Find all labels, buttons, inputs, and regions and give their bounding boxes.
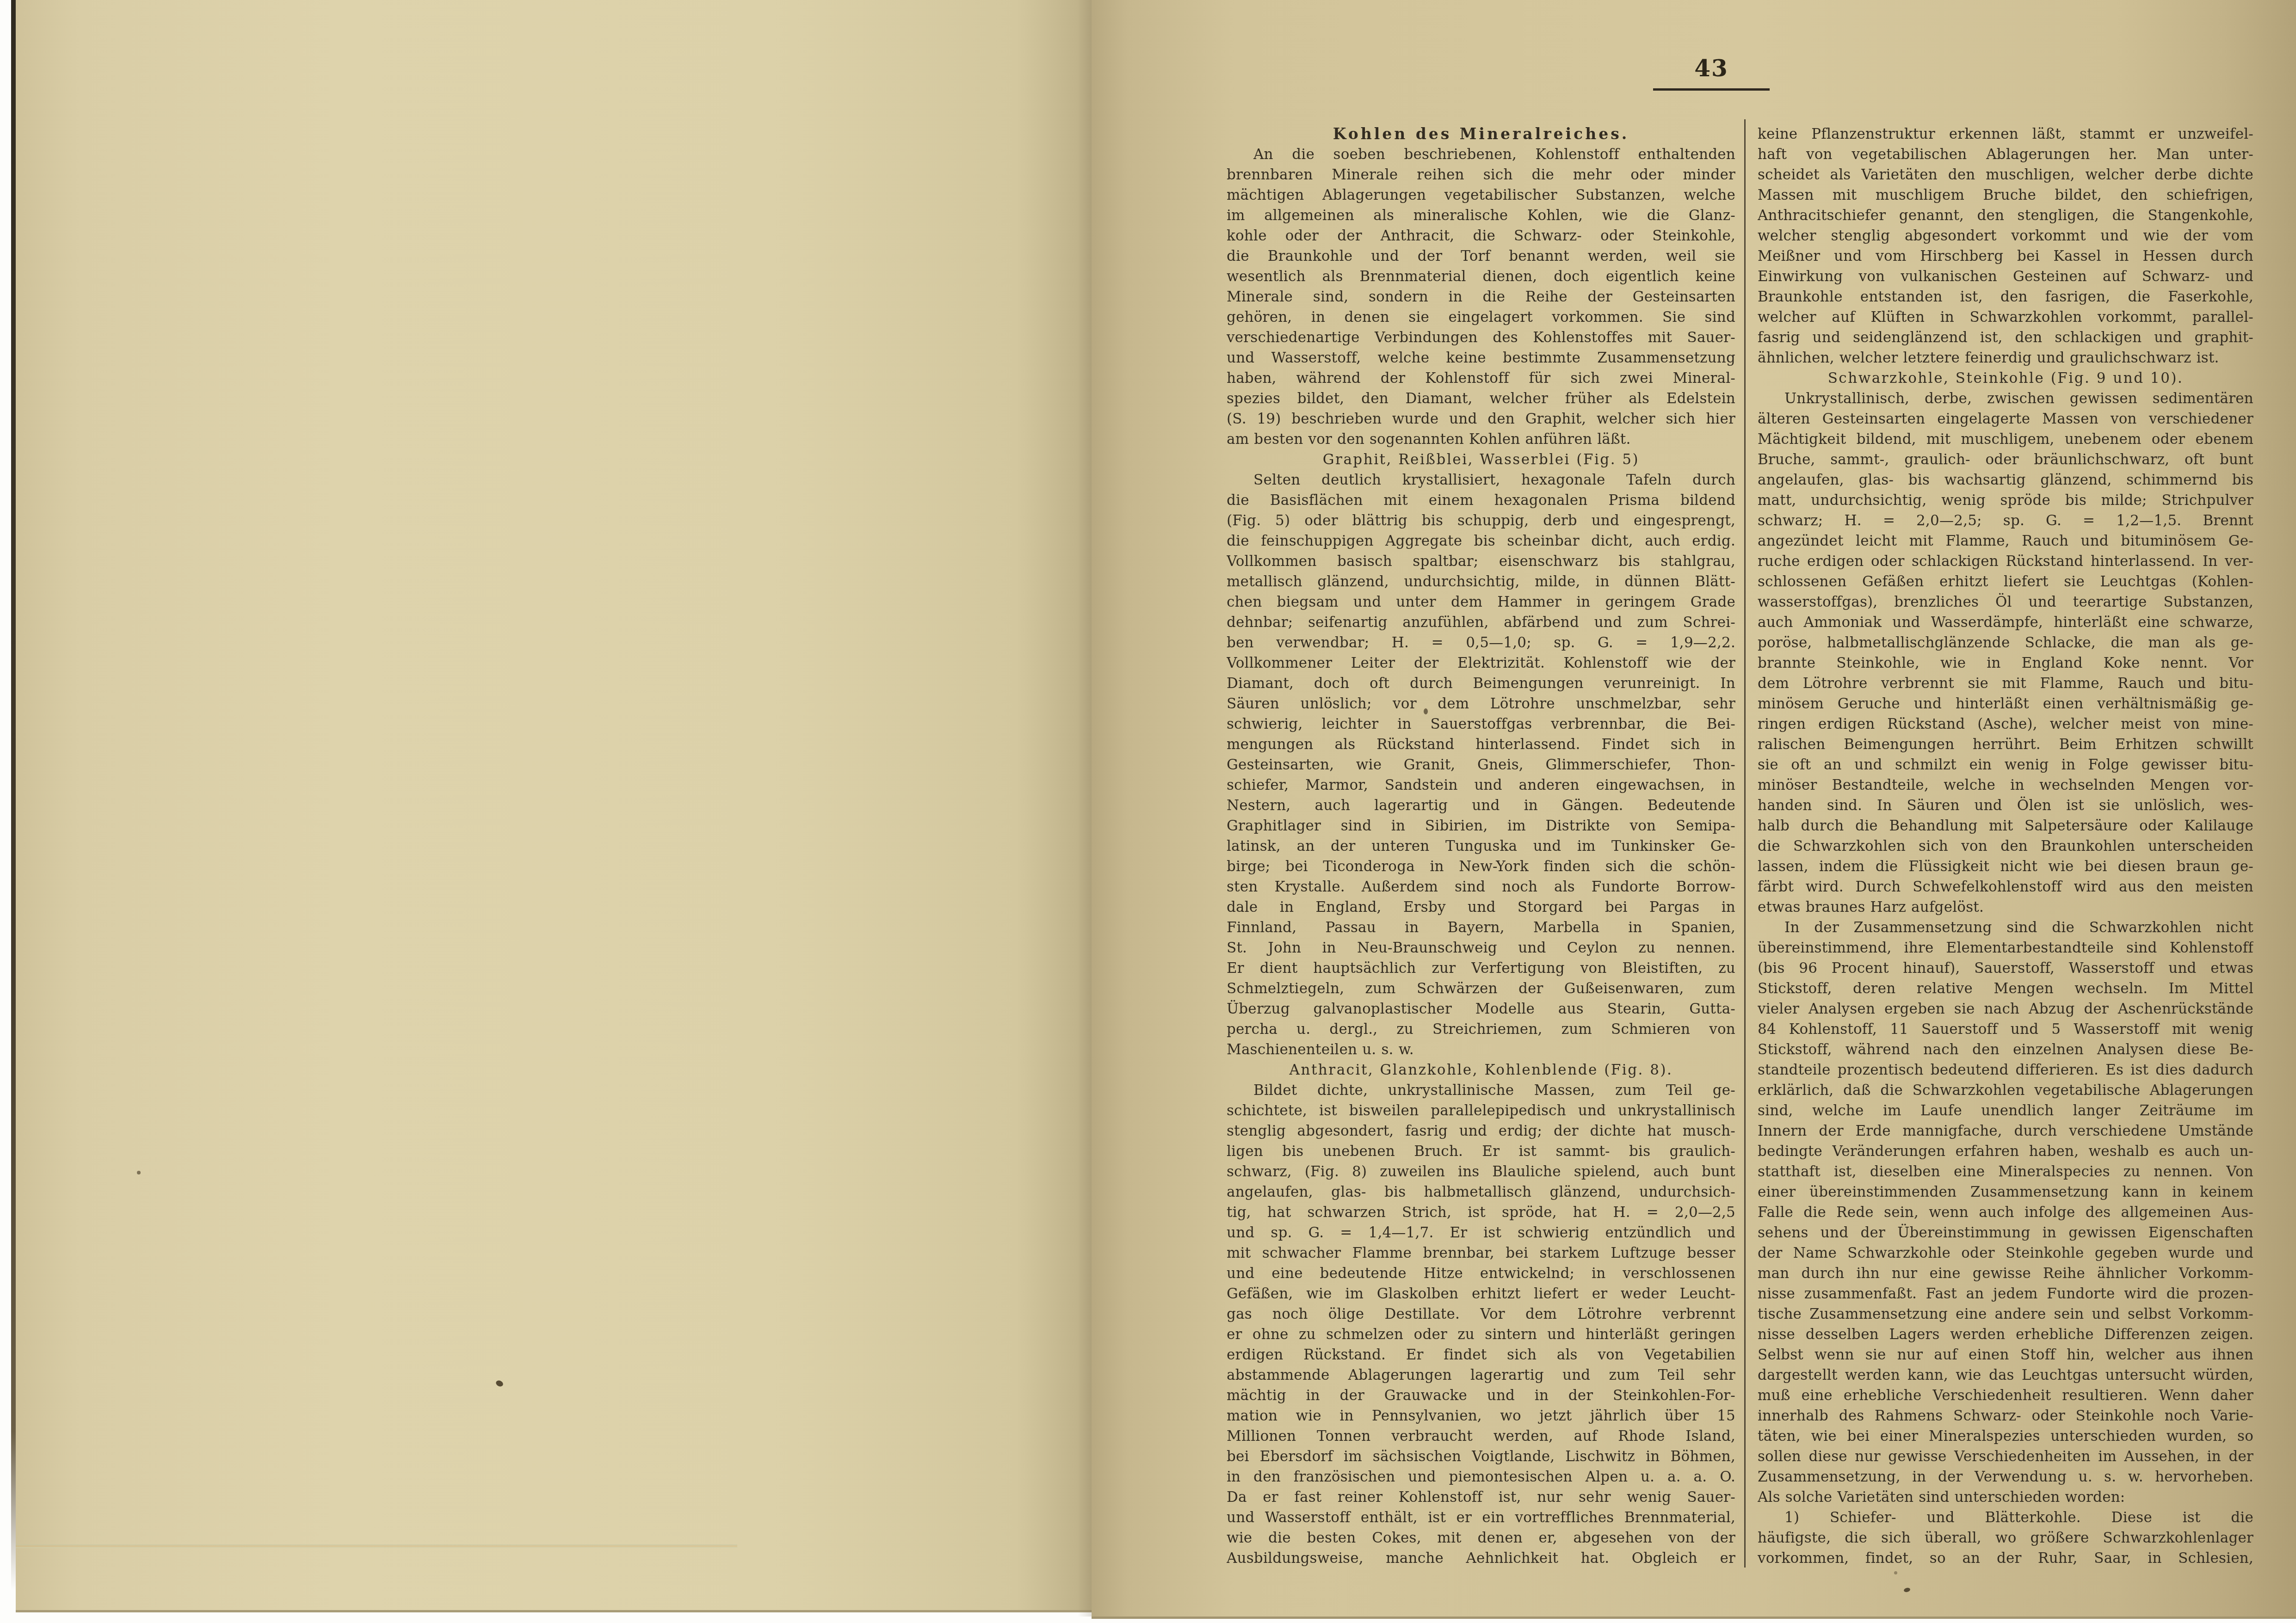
text-line: und Wasserstoff enthält, ist er ein vort… xyxy=(1227,1507,1735,1528)
section-heading: Schwarzkohle, Steinkohle (Fig. 9 und 10)… xyxy=(1758,368,2253,388)
text-line: die Braunkohle und der Torf benannt werd… xyxy=(1227,246,1735,266)
text-line: schwarz, (Fig. 8) zuweilen ins Blauliche… xyxy=(1227,1162,1735,1182)
text-line: tische Zusammensetzung eine andere sein … xyxy=(1758,1304,2253,1324)
text-line: nisse zusammenfaßt. Fast an jedem Fundor… xyxy=(1758,1284,2253,1304)
paper-speck xyxy=(1894,1571,1897,1574)
text-line: einer übereinstimmenden Zusammensetzung … xyxy=(1758,1182,2253,1202)
text-line: Bildet dichte, unkrystallinische Massen,… xyxy=(1227,1080,1735,1100)
text-line: welcher auf Klüften in Schwarzkohlen vor… xyxy=(1758,307,2253,327)
text-line: spezies bildet, den Diamant, welcher frü… xyxy=(1227,388,1735,409)
text-line: schlossenen Gefäßen erhitzt liefert sie … xyxy=(1758,572,2253,592)
text-line: sten Krystalle. Außerdem sind noch als F… xyxy=(1227,877,1735,897)
text-line: häufigste, die sich überall, wo größere … xyxy=(1758,1528,2253,1548)
text-line: brennbaren Minerale reihen sich die mehr… xyxy=(1227,165,1735,185)
text-line: schichtete, ist bisweilen parallelepiped… xyxy=(1227,1100,1735,1121)
text-line: und Wasserstoff, welche keine bestimmte … xyxy=(1227,348,1735,368)
text-line: Vollkommen basisch spaltbar; eisenschwar… xyxy=(1227,551,1735,572)
text-line: (S. 19) beschrieben wurde und den Graphi… xyxy=(1227,409,1735,429)
text-line: sehens und der Übereinstimmung in gewiss… xyxy=(1758,1223,2253,1243)
text-line: die Basisflächen mit einem hexagonalen P… xyxy=(1227,490,1735,510)
page-header: 43 xyxy=(1637,55,1785,91)
section-heading: Kohlen des Mineralreiches. xyxy=(1227,124,1735,144)
text-line: erklärlich, daß die Schwarzkohlen vegeta… xyxy=(1758,1080,2253,1100)
text-line: Er dient hauptsächlich zur Verfertigung … xyxy=(1227,958,1735,978)
text-line: und sp. G. = 1,4—1,7. Er ist schwierig e… xyxy=(1227,1223,1735,1243)
text-line: etwas braunes Harz aufgelöst. xyxy=(1758,897,2253,917)
text-line: halb durch die Behandlung mit Salpetersä… xyxy=(1758,816,2253,836)
page-number: 43 xyxy=(1637,55,1785,82)
text-line: Zusammensetzung, in der Verwendung u. s.… xyxy=(1758,1467,2253,1487)
text-line: in den französischen und piemontesischen… xyxy=(1227,1467,1735,1487)
column-divider-rule xyxy=(1744,119,1746,1568)
text-line: Säuren unlöslich; vor dem Lötrohre unsch… xyxy=(1227,694,1735,714)
text-line: er ohne zu schmelzen oder zu sintern und… xyxy=(1227,1324,1735,1345)
text-line: Millionen Tonnen verbraucht werden, auf … xyxy=(1227,1426,1735,1446)
text-column-left: Kohlen des Mineralreiches.An die soeben … xyxy=(1227,124,1735,1568)
text-line: ligen bis unebenen Bruch. Er ist sammt- … xyxy=(1227,1141,1735,1162)
paper-speck xyxy=(137,1171,141,1174)
text-line: angelaufen, glas- bis halbmetallisch glä… xyxy=(1227,1182,1735,1202)
text-line: sollen diese nur gewisse Verschiedenheit… xyxy=(1758,1446,2253,1467)
text-line: Meißner und vom Hirschberg bei Kassel in… xyxy=(1758,246,2253,266)
text-line: standteile prozentisch bedeutend differi… xyxy=(1758,1060,2253,1080)
text-line: übereinstimmend, ihre Elementarbestandte… xyxy=(1758,938,2253,958)
text-line: Innern der Erde mannigfache, durch versc… xyxy=(1758,1121,2253,1141)
text-line: und eine bedeutende Hitze entwickelnd; i… xyxy=(1227,1263,1735,1284)
text-line: erdigen Rückstand. Er findet sich als vo… xyxy=(1227,1345,1735,1365)
text-line: mation wie in Pennsylvanien, wo jetzt jä… xyxy=(1227,1406,1735,1426)
text-line: Einwirkung von vulkanischen Gesteinen au… xyxy=(1758,266,2253,287)
text-line: Vollkommener Leiter der Elektrizität. Ko… xyxy=(1227,653,1735,673)
text-line: Unkrystallinisch, derbe, zwischen gewiss… xyxy=(1758,388,2253,409)
text-line: In der Zusammensetzung sind die Schwarzk… xyxy=(1758,917,2253,938)
text-line: bei Ebersdorf im sächsischen Voigtlande,… xyxy=(1227,1446,1735,1467)
paper-speck xyxy=(495,1379,504,1388)
text-line: 84 Kohlenstoff, 11 Sauerstoff und 5 Wass… xyxy=(1758,1019,2253,1039)
text-line: Schmelztiegeln, zum Schwärzen der Gußeis… xyxy=(1227,978,1735,999)
text-line: ähnlichen, welcher letztere feinerdig un… xyxy=(1758,348,2253,368)
text-line: ben verwendbar; H. = 0,5—1,0; sp. G. = 1… xyxy=(1227,633,1735,653)
text-line: älteren Gesteinsarten eingelagerte Masse… xyxy=(1758,409,2253,429)
text-line: scheidet als Varietäten den muschligen, … xyxy=(1758,165,2253,185)
text-line: metallisch glänzend, undurchsichtig, mil… xyxy=(1227,572,1735,592)
text-line: ralischen Beimengungen herrührt. Beim Er… xyxy=(1758,734,2253,755)
text-line: nisse desselben Lagers werden erhebliche… xyxy=(1758,1324,2253,1345)
text-line: mächtigen Ablagerungen vegetabilischer S… xyxy=(1227,185,1735,205)
text-line: gehören, in denen sie eingelagert vorkom… xyxy=(1227,307,1735,327)
paper-speck xyxy=(1903,1587,1911,1592)
text-line: handen sind. In Säuren und Ölen ist sie … xyxy=(1758,795,2253,816)
text-line: fasrig und seidenglänzend ist, den schla… xyxy=(1758,327,2253,348)
text-line: haben, während der Kohlenstoff für sich … xyxy=(1227,368,1735,388)
text-line: die Schwarzkohlen sich von den Braunkohl… xyxy=(1758,836,2253,856)
text-line: Überzug galvanoplastischer Modelle aus S… xyxy=(1227,999,1735,1019)
text-line: lassen, indem die Flüssigkeit nicht wie … xyxy=(1758,856,2253,877)
text-line: poröse, halbmetallischglänzende Schlacke… xyxy=(1758,633,2253,653)
text-line: Nestern, auch lagerartig und in Gängen. … xyxy=(1227,795,1735,816)
text-line: dem Lötrohre verbrennt sie mit Flamme, R… xyxy=(1758,673,2253,694)
text-line: (Fig. 5) oder blättrig bis schuppig, der… xyxy=(1227,510,1735,531)
text-line: mit schwacher Flamme brennbar, bei stark… xyxy=(1227,1243,1735,1263)
text-line: Anthracitschiefer genannt, den stenglige… xyxy=(1758,205,2253,226)
text-column-right: keine Pflanzenstruktur erkennen läßt, st… xyxy=(1758,124,2253,1568)
text-line: (bis 96 Procent hinauf), Sauerstoff, Was… xyxy=(1758,958,2253,978)
text-line: chen biegsam und unter dem Hammer in ger… xyxy=(1227,592,1735,612)
text-line: am besten vor den sogenannten Kohlen anf… xyxy=(1227,429,1735,449)
text-line: dargestellt werden kann, wie das Leuchtg… xyxy=(1758,1365,2253,1385)
text-line: Gefäßen, wie im Glaskolben erhitzt liefe… xyxy=(1227,1284,1735,1304)
text-line: im allgemeinen als mineralische Kohlen, … xyxy=(1227,205,1735,226)
text-line: ringen erdigen Rückstand (Asche), welche… xyxy=(1758,714,2253,734)
text-line: Gesteinsarten, wie Granit, Gneis, Glimme… xyxy=(1227,755,1735,775)
text-line: Als solche Varietäten sind unterschieden… xyxy=(1758,1487,2253,1507)
text-line: wie die besten Cokes, mit denen er, abge… xyxy=(1227,1528,1735,1548)
text-line: kohle oder der Anthracit, die Schwarz- o… xyxy=(1227,226,1735,246)
text-line: mengungen als Rückstand hinterlassend. F… xyxy=(1227,734,1735,755)
text-line: sie oft an und schmilzt ein wenig in Fol… xyxy=(1758,755,2253,775)
text-line: Maschienenteilen u. s. w. xyxy=(1227,1039,1735,1060)
text-line: angezündet leicht mit Flamme, Rauch und … xyxy=(1758,531,2253,551)
text-line: Massen mit muschligem Bruche bildet, den… xyxy=(1758,185,2253,205)
text-line: muß eine erhebliche Verschiedenheit resu… xyxy=(1758,1385,2253,1406)
text-line: Ausbildungsweise, manche Aehnlichkeit ha… xyxy=(1227,1548,1735,1568)
text-line: die feinschuppigen Aggregate bis scheinb… xyxy=(1227,531,1735,551)
text-line: man durch ihn nur eine gewisse Reihe ähn… xyxy=(1758,1263,2253,1284)
text-line: färbt wird. Durch Schwefelkohlenstoff wi… xyxy=(1758,877,2253,897)
text-line: sind, welche im Laufe unendlich langer Z… xyxy=(1758,1100,2253,1121)
section-heading: Graphit, Reißblei, Wasserblei (Fig. 5) xyxy=(1227,449,1735,470)
paper-scratch xyxy=(16,1544,737,1548)
text-line: Selbst wenn sie nur auf einen Stoff hin,… xyxy=(1758,1345,2253,1365)
text-line: ruche erdigen oder schlackigen Rückstand… xyxy=(1758,551,2253,572)
text-line: keine Pflanzenstruktur erkennen läßt, st… xyxy=(1758,124,2253,144)
text-line: statthaft ist, dieselben eine Mineralspe… xyxy=(1758,1162,2253,1182)
text-line: Da er fast reiner Kohlenstoff ist, nur s… xyxy=(1227,1487,1735,1507)
text-line: Falle die Rede sein, wenn auch infolge d… xyxy=(1758,1202,2253,1223)
text-line: Finnland, Passau in Bayern, Marbella in … xyxy=(1227,917,1735,938)
text-line: vorkommen, findet, so an der Ruhr, Saar,… xyxy=(1758,1548,2253,1568)
section-heading: Anthracit, Glanzkohle, Kohlenblende (Fig… xyxy=(1227,1060,1735,1080)
text-line: Graphitlager sind in Sibirien, im Distri… xyxy=(1227,816,1735,836)
text-line: tig, hat schwarzen Strich, ist spröde, h… xyxy=(1227,1202,1735,1223)
text-line: Stickstoff, deren relative Mengen wechse… xyxy=(1758,978,2253,999)
text-line: täten, wie bei einer Mineralspezies unte… xyxy=(1758,1426,2253,1446)
text-line: dehnbar; seifenartig anzufühlen, abfärbe… xyxy=(1227,612,1735,633)
text-line: Minerale sind, sondern in die Reihe der … xyxy=(1227,287,1735,307)
text-line: haft von vegetabilischen Ablagerungen he… xyxy=(1758,144,2253,165)
text-line: birge; bei Ticonderoga in New-York finde… xyxy=(1227,856,1735,877)
text-line: mächtig in der Grauwacke und in der Stei… xyxy=(1227,1385,1735,1406)
text-line: vieler Analysen ergeben sie nach Abzug d… xyxy=(1758,999,2253,1019)
text-line: wasserstoffgas), brenzliches Öl und teer… xyxy=(1758,592,2253,612)
text-line: schiefer, Marmor, Sandstein und anderen … xyxy=(1227,775,1735,795)
text-line: St. John in Neu-Braunschweig und Ceylon … xyxy=(1227,938,1735,958)
text-line: minösem Geruche und hinterläßt einen ver… xyxy=(1758,694,2253,714)
text-line: percha u. dergl., zu Streichriemen, zum … xyxy=(1227,1019,1735,1039)
text-line: Mächtigkeit bildend, mit muschligem, une… xyxy=(1758,429,2253,449)
left-blank-page xyxy=(16,0,1092,1612)
text-line: innerhalb des Rahmens Schwarz- oder Stei… xyxy=(1758,1406,2253,1426)
text-line: minöser Bestandteile, welche in wechseln… xyxy=(1758,775,2253,795)
page-number-rule xyxy=(1653,88,1770,91)
text-line: stenglig abgesondert, fasrig und erdig; … xyxy=(1227,1121,1735,1141)
text-line: Bruche, sammt-, graulich- oder bräunlich… xyxy=(1758,449,2253,470)
text-line: dale in England, Ersby und Storgard bei … xyxy=(1227,897,1735,917)
text-line: Diamant, doch oft durch Beimengungen ver… xyxy=(1227,673,1735,694)
text-line: matt, undurchsichtig, wenig spröde bis m… xyxy=(1758,490,2253,510)
text-line: schwarz; H. = 2,0—2,5; sp. G. = 1,2—1,5.… xyxy=(1758,510,2253,531)
text-line: An die soeben beschriebenen, Kohlenstoff… xyxy=(1227,144,1735,165)
text-line: latinsk, an der unteren Tunguska und im … xyxy=(1227,836,1735,856)
text-line: Braunkohle entstanden ist, den fasrigen,… xyxy=(1758,287,2253,307)
text-line: Selten deutlich krystallisiert, hexagona… xyxy=(1227,470,1735,490)
text-line: Stickstoff, während nach den einzelnen A… xyxy=(1758,1039,2253,1060)
text-line: 1) Schiefer- und Blätterkohle. Diese ist… xyxy=(1758,1507,2253,1528)
text-line: schwierig, leichter in Sauerstoffgas ver… xyxy=(1227,714,1735,734)
text-line: welcher stenglig abgesondert vorkommt un… xyxy=(1758,226,2253,246)
text-line: der Name Schwarzkohle oder Steinkohle ge… xyxy=(1758,1243,2253,1263)
text-line: auch Ammoniak und Wasserdämpfe, hinterlä… xyxy=(1758,612,2253,633)
text-line: angelaufen, glas- bis wachsartig glänzen… xyxy=(1758,470,2253,490)
text-line: brannte Steinkohle, wie in England Koke … xyxy=(1758,653,2253,673)
book-scan: 43 Kohlen des Mineralreiches.An die soeb… xyxy=(0,0,2296,1623)
text-line: gas noch ölige Destillate. Vor dem Lötro… xyxy=(1227,1304,1735,1324)
text-line: bedingte Veränderungen erfahren haben, w… xyxy=(1758,1141,2253,1162)
text-line: wesentlich als Brennmaterial dienen, doc… xyxy=(1227,266,1735,287)
text-line: abstammende Ablagerungen lagerartig und … xyxy=(1227,1365,1735,1385)
text-line: verschiedenartige Verbindungen des Kohle… xyxy=(1227,327,1735,348)
